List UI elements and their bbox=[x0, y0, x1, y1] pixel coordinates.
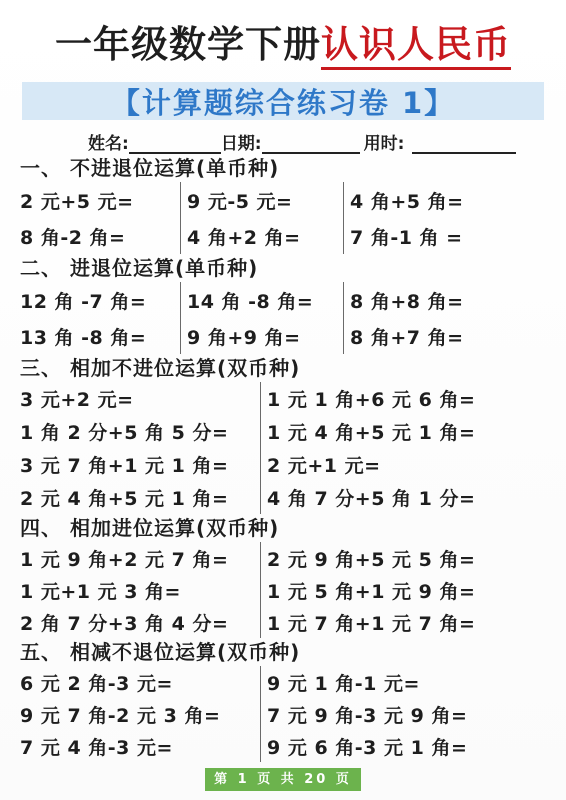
time-label: 用时: bbox=[364, 129, 405, 154]
problem-cell: 1 元 9 角+2 元 7 角= bbox=[20, 542, 260, 574]
problem-cell: 9 角+9 角= bbox=[187, 318, 343, 354]
section-column: 6 元 2 角-3 元=9 元 7 角-2 元 3 角=7 元 4 角-3 元= bbox=[20, 666, 260, 762]
section-heading: 五、 相减不退位运算(双币种) bbox=[20, 638, 556, 666]
section-body: 1 元 9 角+2 元 7 角=1 元+1 元 3 角=2 角 7 分+3 角 … bbox=[20, 542, 556, 638]
date-label: 日期: bbox=[221, 129, 262, 154]
section: 五、 相减不退位运算(双币种)6 元 2 角-3 元=9 元 7 角-2 元 3… bbox=[20, 638, 556, 762]
section-column: 14 角 -8 角=9 角+9 角= bbox=[180, 282, 343, 354]
problem-cell: 8 角-2 角= bbox=[20, 218, 180, 254]
problem-cell: 2 元+1 元= bbox=[267, 448, 556, 481]
section-column: 4 角+5 角=7 角-1 角 = bbox=[343, 182, 556, 254]
problem-cell: 8 角+7 角= bbox=[350, 318, 556, 354]
section: 四、 相加进位运算(双币种)1 元 9 角+2 元 7 角=1 元+1 元 3 … bbox=[20, 514, 556, 638]
problem-cell: 6 元 2 角-3 元= bbox=[20, 666, 260, 698]
problem-cell: 9 元 1 角-1 元= bbox=[267, 666, 556, 698]
problem-cell: 13 角 -8 角= bbox=[20, 318, 180, 354]
problem-cell: 2 元+5 元= bbox=[20, 182, 180, 218]
problem-cell: 7 角-1 角 = bbox=[350, 218, 556, 254]
section-body: 6 元 2 角-3 元=9 元 7 角-2 元 3 角=7 元 4 角-3 元=… bbox=[20, 666, 556, 762]
section-heading: 三、 相加不进位运算(双币种) bbox=[20, 354, 556, 382]
problem-cell: 3 元 7 角+1 元 1 角= bbox=[20, 448, 260, 481]
problem-cell: 3 元+2 元= bbox=[20, 382, 260, 415]
subtitle-banner-text: 【计算题综合练习卷 1】 bbox=[111, 81, 455, 122]
date-blank bbox=[262, 136, 360, 154]
problem-cell: 8 角+8 角= bbox=[350, 282, 556, 318]
page-title-red: 认识人民币 bbox=[321, 23, 511, 70]
problem-cell: 4 角+2 角= bbox=[187, 218, 343, 254]
problem-cell: 1 元 4 角+5 元 1 角= bbox=[267, 415, 556, 448]
problem-cell: 9 元 7 角-2 元 3 角= bbox=[20, 698, 260, 730]
name-blank bbox=[129, 136, 221, 154]
problem-cell: 1 元+1 元 3 角= bbox=[20, 574, 260, 606]
section-column: 1 元 9 角+2 元 7 角=1 元+1 元 3 角=2 角 7 分+3 角 … bbox=[20, 542, 260, 638]
problem-cell: 2 元 9 角+5 元 5 角= bbox=[267, 542, 556, 574]
problem-cell: 4 角 7 分+5 角 1 分= bbox=[267, 481, 556, 514]
problem-cell: 2 角 7 分+3 角 4 分= bbox=[20, 606, 260, 638]
section-column: 3 元+2 元=1 角 2 分+5 角 5 分=3 元 7 角+1 元 1 角=… bbox=[20, 382, 260, 514]
problem-cell: 9 元-5 元= bbox=[187, 182, 343, 218]
page-title-black: 一年级数学下册 bbox=[55, 23, 321, 66]
info-line: 姓名:日期:用时: bbox=[88, 130, 566, 154]
section-body: 2 元+5 元=8 角-2 角=9 元-5 元=4 角+2 角=4 角+5 角=… bbox=[20, 182, 556, 254]
problem-cell: 1 元 5 角+1 元 9 角= bbox=[267, 574, 556, 606]
problem-cell: 1 元 1 角+6 元 6 角= bbox=[267, 382, 556, 415]
problem-cell: 9 元 6 角-3 元 1 角= bbox=[267, 730, 556, 762]
section: 三、 相加不进位运算(双币种)3 元+2 元=1 角 2 分+5 角 5 分=3… bbox=[20, 354, 556, 514]
sections-container: 一、 不进退位运算(单币种)2 元+5 元=8 角-2 角=9 元-5 元=4 … bbox=[0, 154, 566, 762]
section-body: 3 元+2 元=1 角 2 分+5 角 5 分=3 元 7 角+1 元 1 角=… bbox=[20, 382, 556, 514]
section-heading: 一、 不进退位运算(单币种) bbox=[20, 154, 556, 182]
section: 一、 不进退位运算(单币种)2 元+5 元=8 角-2 角=9 元-5 元=4 … bbox=[20, 154, 556, 254]
section-column: 2 元 9 角+5 元 5 角=1 元 5 角+1 元 9 角=1 元 7 角+… bbox=[260, 542, 556, 638]
subtitle-banner: 【计算题综合练习卷 1】 bbox=[22, 82, 544, 120]
section-column: 9 元-5 元=4 角+2 角= bbox=[180, 182, 343, 254]
section-body: 12 角 -7 角=13 角 -8 角=14 角 -8 角=9 角+9 角=8 … bbox=[20, 282, 556, 354]
section-column: 12 角 -7 角=13 角 -8 角= bbox=[20, 282, 180, 354]
time-blank bbox=[412, 136, 516, 154]
problem-cell: 4 角+5 角= bbox=[350, 182, 556, 218]
problem-cell: 2 元 4 角+5 元 1 角= bbox=[20, 481, 260, 514]
problem-cell: 1 元 7 角+1 元 7 角= bbox=[267, 606, 556, 638]
problem-cell: 7 元 9 角-3 元 9 角= bbox=[267, 698, 556, 730]
section-column: 8 角+8 角=8 角+7 角= bbox=[343, 282, 556, 354]
problem-cell: 7 元 4 角-3 元= bbox=[20, 730, 260, 762]
worksheet-page: 一年级数学下册认识人民币 【计算题综合练习卷 1】 姓名:日期:用时: 一、 不… bbox=[0, 0, 566, 800]
problem-cell: 14 角 -8 角= bbox=[187, 282, 343, 318]
page-title: 一年级数学下册认识人民币 bbox=[0, 22, 566, 68]
section-column: 9 元 1 角-1 元=7 元 9 角-3 元 9 角=9 元 6 角-3 元 … bbox=[260, 666, 556, 762]
section-heading: 四、 相加进位运算(双币种) bbox=[20, 514, 556, 542]
page-number-badge: 第 1 页 共 20 页 bbox=[205, 768, 361, 791]
section-column: 2 元+5 元=8 角-2 角= bbox=[20, 182, 180, 254]
problem-cell: 1 角 2 分+5 角 5 分= bbox=[20, 415, 260, 448]
section-heading: 二、 进退位运算(单币种) bbox=[20, 254, 556, 282]
name-label: 姓名: bbox=[88, 129, 129, 154]
section: 二、 进退位运算(单币种)12 角 -7 角=13 角 -8 角=14 角 -8… bbox=[20, 254, 556, 354]
footer: 第 1 页 共 20 页 bbox=[0, 768, 566, 791]
problem-cell: 12 角 -7 角= bbox=[20, 282, 180, 318]
section-column: 1 元 1 角+6 元 6 角=1 元 4 角+5 元 1 角=2 元+1 元=… bbox=[260, 382, 556, 514]
